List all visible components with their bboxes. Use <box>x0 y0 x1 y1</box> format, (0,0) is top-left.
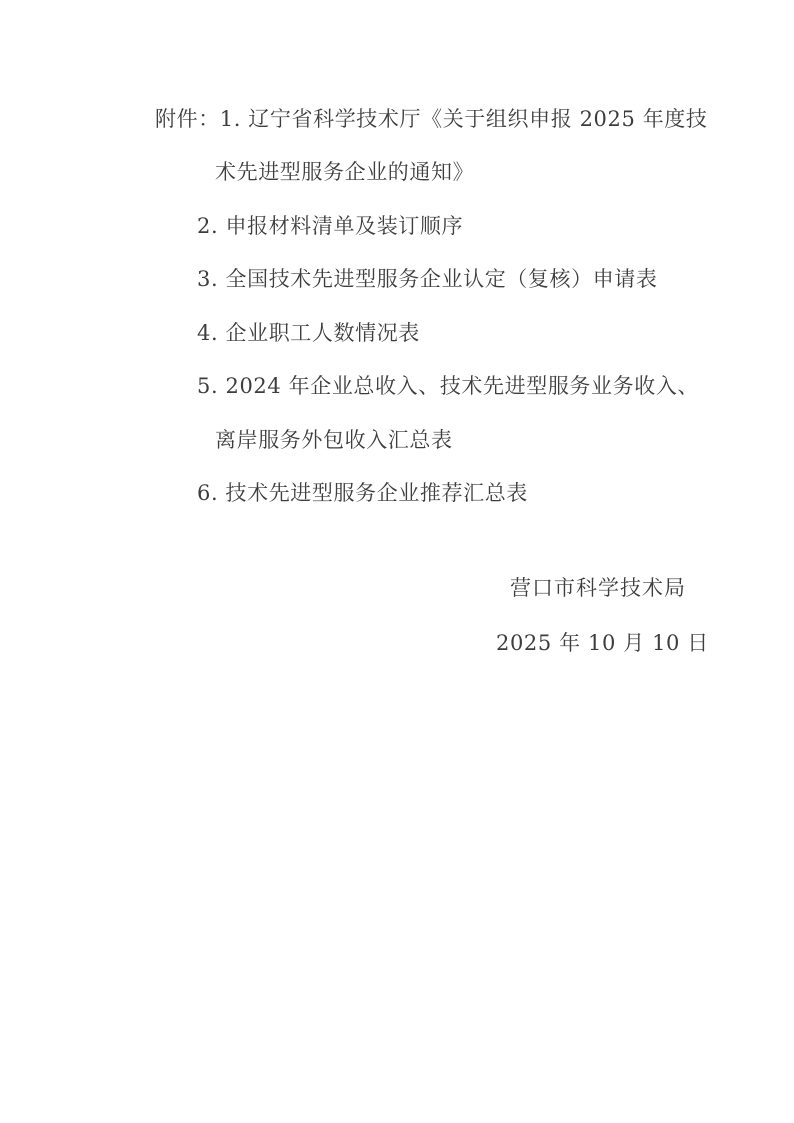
signature-date: 2025 年 10 月 10 日 <box>496 632 709 655</box>
attachment-item-3: 3. 全国技术先进型服务企业认定（复核）申请表 <box>197 268 658 291</box>
document-page: 附件：1. 辽宁省科学技术厅《关于组织申报 2025 年度技 术先进型服务企业的… <box>0 0 794 1123</box>
attachment-item-1-continuation: 术先进型服务企业的通知》 <box>215 161 474 184</box>
attachment-item-2: 2. 申报材料清单及装订顺序 <box>197 215 463 238</box>
signature-agency: 营口市科学技术局 <box>510 577 686 600</box>
attachment-item-5: 5. 2024 年企业总收入、技术先进型服务业务收入、 <box>197 375 699 398</box>
attachment-list-label-line: 附件：1. 辽宁省科学技术厅《关于组织申报 2025 年度技 <box>155 108 708 131</box>
attachment-item-5-continuation: 离岸服务外包收入汇总表 <box>215 429 453 452</box>
attachment-item-4: 4. 企业职工人数情况表 <box>197 322 420 345</box>
attachment-item-6: 6. 技术先进型服务企业推荐汇总表 <box>197 482 528 505</box>
